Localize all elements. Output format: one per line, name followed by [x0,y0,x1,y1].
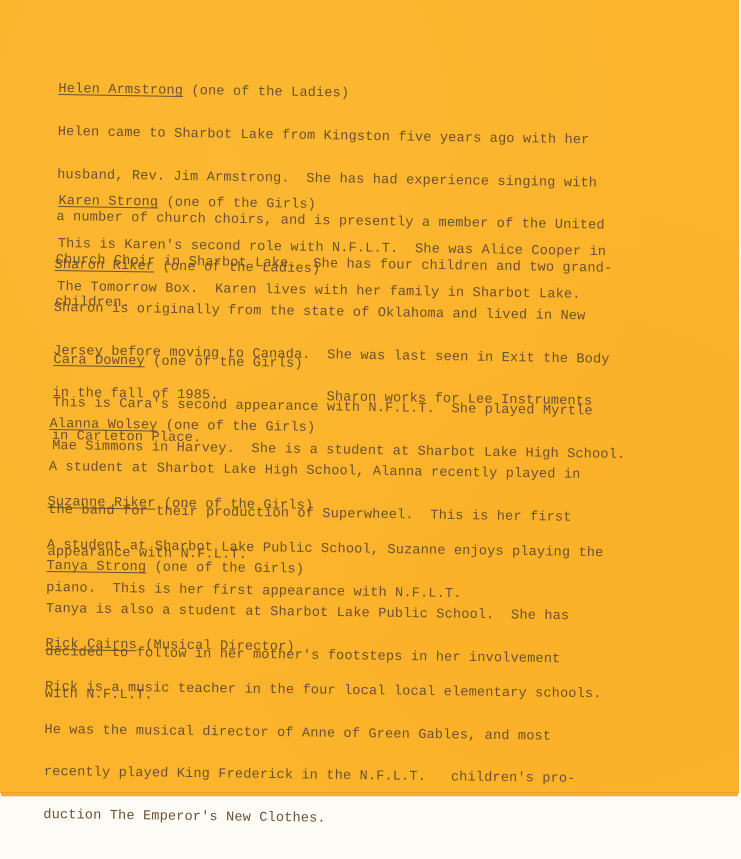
bio-line: He was the musical director of Anne of G… [44,724,601,745]
bio-heading: Cara Downey (one of the Girls) [53,354,626,377]
cast-role: (one of the Girls) [158,196,316,213]
cast-name: Alanna Wolsey [49,417,157,434]
cast-name: Tanya Strong [46,559,146,575]
cast-name: Sharon Riker [54,258,154,275]
bio-heading: Rick Cairns (Musical Director) [45,638,602,659]
cast-role: (one of the Ladies) [183,84,349,102]
bio-heading: Helen Armstrong (one of the Ladies) [58,83,615,106]
bio-heading: Karen Strong (one of the Girls) [58,195,606,217]
cast-name: Cara Downey [53,353,145,369]
bio-heading: Suzanne Riker (one of the Girls) [47,496,604,518]
cast-role: (Musical Director) [137,639,295,656]
bio-heading: Tanya Strong (one of the Girls) [46,560,570,582]
cast-role: (one of the Ladies) [154,260,320,278]
bio-line: Rick is a music teacher in the four loca… [45,681,602,702]
bio-heading: Alanna Wolsey (one of the Girls) [49,418,581,440]
cast-name: Suzanne Riker [47,495,155,512]
cast-role: (one of the Girls) [145,355,303,372]
bio-entry-rick-cairns: Rick Cairns (Musical Director) Rick is a… [43,610,603,800]
cast-name: Helen Armstrong [58,82,183,99]
cast-role: (one of the Girls) [146,561,304,578]
cast-bios-document: Helen Armstrong (one of the Ladies) Hele… [0,0,741,800]
bio-line: Sharon is originally from the state of O… [54,302,611,325]
cast-name: Karen Strong [58,194,158,210]
cast-name: Rick Cairns [45,637,137,653]
bio-line: recently played King Frederick in the N.… [44,766,601,787]
cast-role: (one of the Girls) [155,497,313,514]
bio-heading: Sharon Riker (one of the Ladies) [54,259,611,282]
cast-role: (one of the Girls) [157,419,315,436]
bio-line: Helen came to Sharbot Lake from Kingston… [58,126,615,149]
